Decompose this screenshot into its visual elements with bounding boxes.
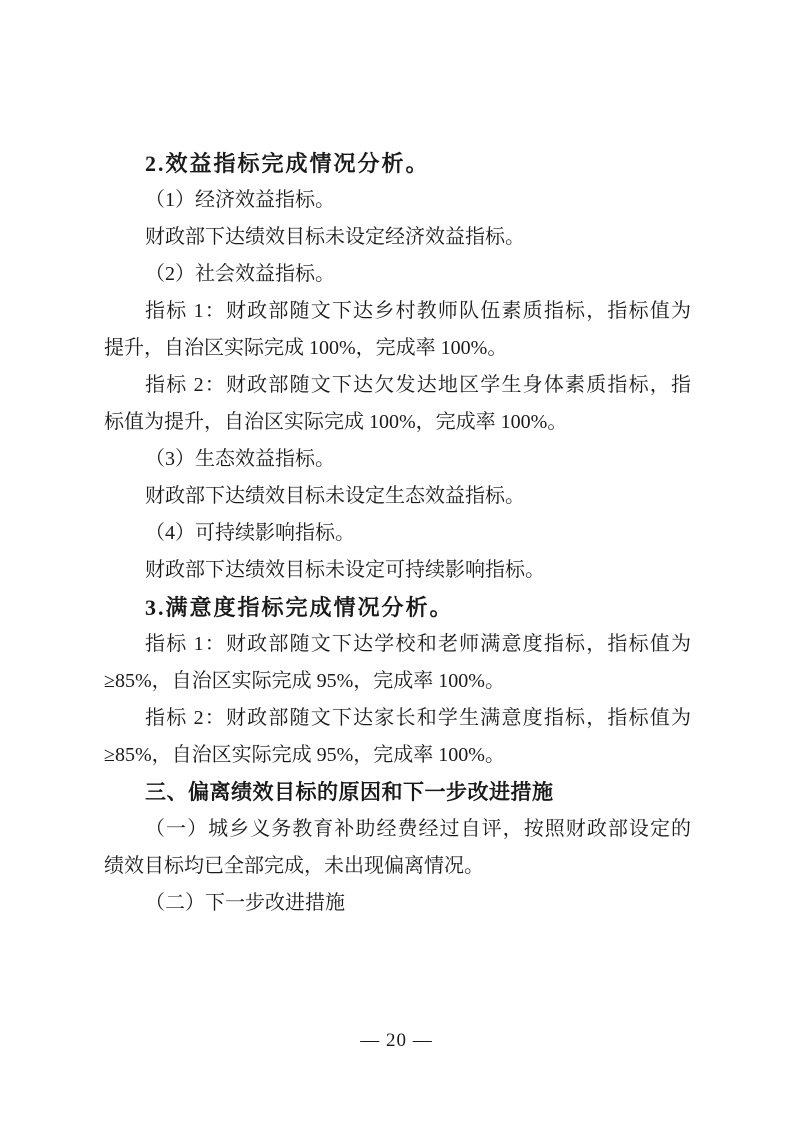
satisfaction-indicator-2-line-2: ≥85%，自治区实际完成 95%，完成率 100%。	[104, 737, 691, 774]
heading-deviation-and-improvement: 三、偏离绩效目标的原因和下一步改进措施	[104, 774, 691, 811]
deviation-paragraph-line-2: 绩效目标均已全部完成，未出现偏离情况。	[104, 848, 691, 885]
subheading-sustainable-impact: （4）可持续影响指标。	[104, 515, 691, 552]
ecological-benefit-note: 财政部下达绩效目标未设定生态效益指标。	[104, 478, 691, 515]
economic-benefit-note: 财政部下达绩效目标未设定经济效益指标。	[104, 219, 691, 256]
satisfaction-indicator-2-line-1: 指标 2：财政部随文下达家长和学生满意度指标，指标值为	[104, 700, 691, 737]
social-indicator-1-line-2: 提升，自治区实际完成 100%，完成率 100%。	[104, 330, 691, 367]
subheading-economic-benefit: （1）经济效益指标。	[104, 182, 691, 219]
social-indicator-2-line-1: 指标 2：财政部随文下达欠发达地区学生身体素质指标，指	[104, 367, 691, 404]
subheading-next-step-improvement: （二）下一步改进措施	[104, 885, 691, 922]
satisfaction-indicator-1-line-1: 指标 1：财政部随文下达学校和老师满意度指标，指标值为	[104, 626, 691, 663]
satisfaction-indicator-1-line-2: ≥85%，自治区实际完成 95%，完成率 100%。	[104, 663, 691, 700]
deviation-paragraph-line-1: （一）城乡义务教育补助经费经过自评，按照财政部设定的	[104, 811, 691, 848]
subheading-social-benefit: （2）社会效益指标。	[104, 256, 691, 293]
sustainable-impact-note: 财政部下达绩效目标未设定可持续影响指标。	[104, 552, 691, 589]
document-page: 2.效益指标完成情况分析。 （1）经济效益指标。 财政部下达绩效目标未设定经济效…	[0, 0, 793, 1122]
heading-benefit-indicator-analysis: 2.效益指标完成情况分析。	[104, 145, 691, 182]
document-body: 2.效益指标完成情况分析。 （1）经济效益指标。 财政部下达绩效目标未设定经济效…	[104, 145, 691, 922]
page-number: — 20 —	[0, 1022, 793, 1059]
social-indicator-1-line-1: 指标 1：财政部随文下达乡村教师队伍素质指标，指标值为	[104, 293, 691, 330]
heading-satisfaction-indicator-analysis: 3.满意度指标完成情况分析。	[104, 589, 691, 626]
subheading-ecological-benefit: （3）生态效益指标。	[104, 441, 691, 478]
social-indicator-2-line-2: 标值为提升，自治区实际完成 100%，完成率 100%。	[104, 404, 691, 441]
